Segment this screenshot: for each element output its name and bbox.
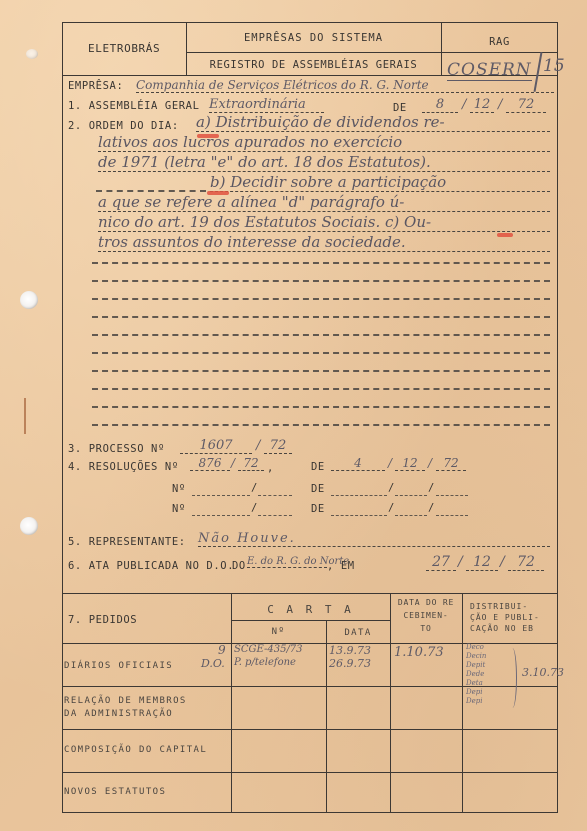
binder-hole-bottom (20, 517, 38, 535)
resolucao-2-sep: / (251, 482, 258, 494)
assembleia-year: 72 (506, 97, 546, 113)
resolucao-2-year (258, 495, 292, 496)
empresa-label: EMPRÊSA: (68, 80, 123, 92)
dist-note: Dede (466, 670, 512, 679)
resolucao-1-yr: 72 (436, 456, 466, 471)
blank-line-7 (92, 370, 550, 372)
processo-year: 72 (264, 438, 292, 454)
processo-label: 3. PROCESSO Nº (68, 443, 165, 455)
blank-line-6 (92, 352, 550, 354)
rust-stain (24, 398, 26, 434)
rag-label: RAG (441, 36, 558, 48)
resolucao-3-no-label: Nº (172, 503, 186, 515)
resolucao-3-sep: / (388, 502, 395, 514)
assembleia-date-label: DE (393, 102, 407, 114)
resolucao-1-day: 4 (331, 456, 385, 471)
resolucao-2-sep: / (428, 482, 435, 494)
row-diarios-no-2: P. p/telefone (234, 657, 296, 668)
red-mark-c (497, 233, 513, 237)
resolucao-1-month: 12 (395, 456, 425, 471)
dist-note: Depi (466, 697, 512, 706)
dist-note: Deco (466, 643, 512, 652)
col-recebimento-header-1: DATA DO RE (390, 598, 462, 607)
col-distribuicao-header-1: DISTRIBUI- (470, 602, 528, 611)
ata-year: 72 (508, 554, 544, 571)
row-diarios-distribuicao-date: 3.10.73 (522, 666, 564, 679)
date-sep: / (498, 97, 502, 112)
resolucao-2-yr (436, 495, 468, 496)
resolucao-comma: , (267, 462, 274, 474)
table-col-1 (231, 593, 232, 813)
table-row-line-2 (62, 729, 558, 730)
resolucao-2-day (331, 495, 387, 496)
resolucao-2-month (395, 495, 427, 496)
ordem-line-3: de 1971 (letra "e" do art. 18 dos Estatu… (98, 154, 550, 172)
col-distribuicao-header-3: CAÇÃO NO EB (470, 624, 534, 633)
row-relacao-label-2: DA ADMINISTRAÇÃO (64, 709, 173, 719)
assembleia-day: 8 (422, 97, 458, 113)
row-diarios-data-1: 13.9.73 (329, 644, 371, 657)
system-title: EMPRÊSAS DO SISTEMA (186, 32, 441, 44)
table-row-line-3 (62, 772, 558, 773)
assembleia-type: Extraordinária (209, 97, 324, 113)
resolucao-3-year (258, 515, 292, 516)
binder-hole-corner (26, 49, 38, 59)
resolucao-1-de-label: DE (311, 461, 325, 473)
representante-value: Não Houve. (198, 531, 550, 547)
red-mark-b (207, 191, 229, 195)
ordem-line-5: a que se refere a alínea "d" parágrafo ú… (98, 194, 550, 212)
dist-note: Depi (466, 688, 512, 697)
sheet-number: 15 (543, 56, 565, 76)
dist-note: Depit (466, 661, 512, 670)
ordem-line-7: tros assuntos do interesse da sociedade. (98, 234, 550, 252)
processo-sep: / (256, 438, 260, 453)
resolucao-2-number (192, 495, 250, 496)
resolucao-1-number: 876 (190, 456, 230, 471)
row-diarios-distribuicao-notes: Deco Decin Depit Dede Deta Depi Depi (466, 643, 512, 709)
resolucao-2-no-label: Nº (172, 483, 186, 495)
carta-sub-line (231, 620, 390, 621)
header-mid-line (186, 52, 558, 53)
resolucao-sep: / (388, 456, 392, 470)
blank-line-9 (92, 406, 550, 408)
blank-line-10 (92, 424, 550, 426)
resolucao-1-year: 72 (238, 456, 264, 471)
resolucao-3-yr (436, 515, 468, 516)
ordem-line-2: lativos aos lucros apurados no exercício (98, 134, 550, 152)
assembleia-label: 1. ASSEMBLÉIA GERAL (68, 100, 200, 112)
ordem-label: 2. ORDEM DO DIA: (68, 120, 179, 132)
table-col-4 (462, 593, 463, 813)
col-distribuicao-header-2: ÇÃO E PUBLI- (470, 613, 540, 622)
ordem-lead-dash (96, 190, 206, 192)
ordem-line-6: nico do art. 19 dos Estatutos Sociais. c… (98, 214, 550, 232)
red-mark-a (197, 134, 219, 138)
table-col-2 (326, 620, 327, 813)
resolucao-3-de-label: DE (311, 503, 325, 515)
resolucao-3-sep: / (251, 502, 258, 514)
row-diarios-prefix-2: D.O. (201, 657, 225, 670)
pedidos-title: 7. PEDIDOS (68, 614, 137, 626)
resolucoes-label: 4. RESOLUÇÕES Nº (68, 461, 179, 473)
table-top-line (62, 593, 558, 594)
form-title: REGISTRO DE ASSEMBLÉIAS GERAIS (186, 59, 441, 71)
ata-sep: / (500, 554, 505, 570)
ordem-line-4: b) Decidir sobre a participação (210, 174, 550, 192)
blank-line-1 (92, 262, 550, 264)
ata-em-label: , EM (327, 560, 355, 572)
row-diarios-prefix-1: 9 (218, 643, 226, 657)
resolucao-3-number (192, 515, 250, 516)
empresa-value: Companhia de Serviços Elétricos do R. G.… (136, 78, 554, 93)
blank-line-2 (92, 280, 550, 282)
blank-line-4 (92, 316, 550, 318)
col-no-header: Nº (231, 627, 326, 637)
processo-number: 1607 (180, 438, 252, 454)
header-divider-2 (441, 22, 442, 75)
row-relacao-label-1: RELAÇÃO DE MEMBROS (64, 696, 187, 706)
row-novos-estatutos-label: NOVOS ESTATUTOS (64, 787, 166, 797)
resolucao-3-sep: / (428, 502, 435, 514)
resolucao-sep: / (231, 456, 235, 470)
resolucao-2-sep: / (388, 482, 395, 494)
binder-hole-top (20, 291, 38, 309)
blank-line-3 (92, 298, 550, 300)
resolucao-3-day (331, 515, 387, 516)
ata-label: 6. ATA PUBLICADA NO D.O. (68, 560, 234, 572)
row-diarios-data-2: 26.9.73 (329, 657, 371, 670)
row-composicao-label: COMPOSIÇÃO DO CAPITAL (64, 745, 207, 755)
ata-state: E. do R. G. do Norte (247, 556, 327, 568)
carta-header: C A R T A (231, 603, 390, 616)
col-recebimento-header-3: TO (390, 624, 462, 633)
assembleia-month: 12 (470, 97, 494, 113)
ata-do-label: DO (232, 560, 246, 572)
ata-sep: / (458, 554, 463, 570)
date-sep: / (462, 97, 466, 112)
row-diarios-no-1: SCGE-435/73 (234, 644, 303, 655)
org-name: ELETROBRÁS (88, 42, 160, 55)
dist-brace (508, 648, 517, 708)
resolucao-2-de-label: DE (311, 483, 325, 495)
blank-line-5 (92, 334, 550, 336)
resolucao-3-month (395, 515, 427, 516)
ata-month: 12 (466, 554, 498, 571)
col-data-header: DATA (326, 628, 390, 638)
ordem-line-1: a) Distribuição de dividendos re- (196, 114, 550, 132)
row-diarios-label: DIÁRIOS OFICIAIS (64, 661, 173, 671)
representante-label: 5. REPRESENTANTE: (68, 536, 186, 548)
ata-day: 27 (426, 554, 456, 571)
row-diarios-recebimento: 1.10.73 (394, 645, 444, 660)
dist-note: Decin (466, 652, 512, 661)
col-recebimento-header-2: CEBIMEN- (390, 611, 462, 620)
blank-line-8 (92, 388, 550, 390)
resolucao-sep: / (428, 456, 432, 470)
dist-note: Deta (466, 679, 512, 688)
